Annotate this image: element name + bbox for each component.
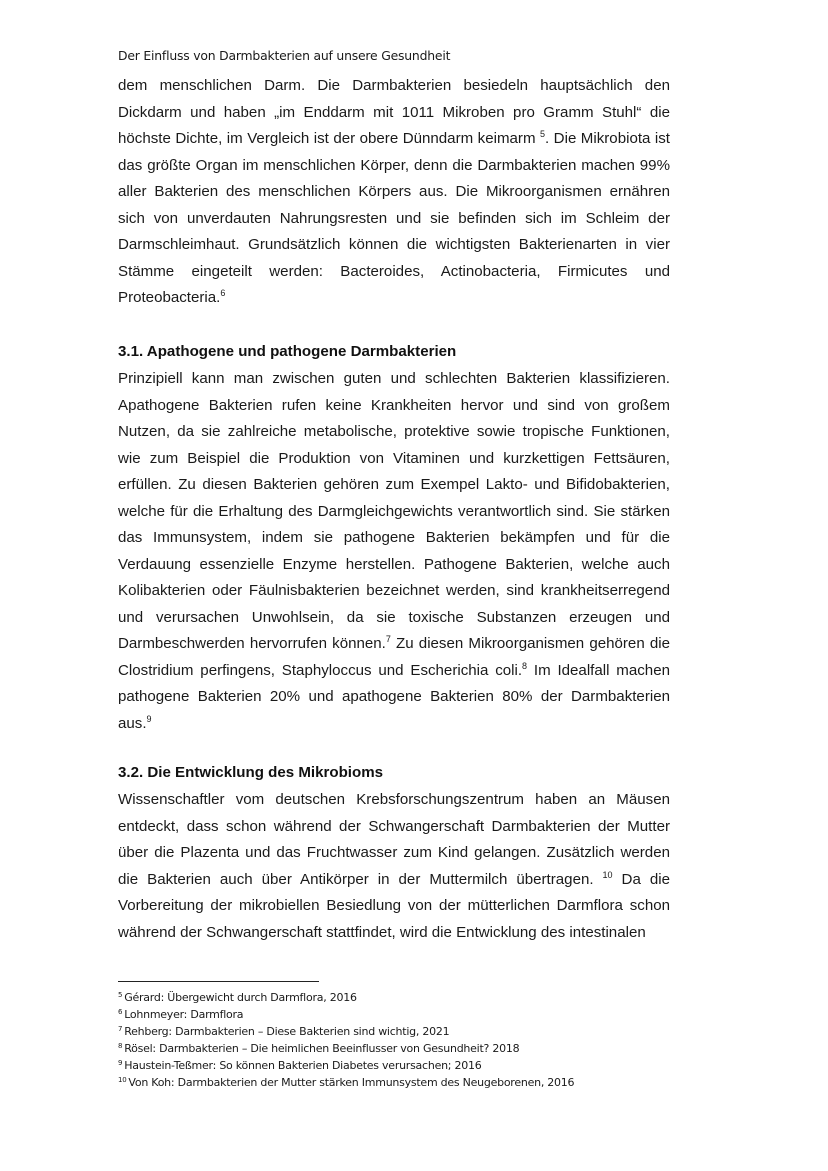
footnote-item: 9Haustein-Teßmer: So können Bakterien Di…: [118, 1057, 574, 1074]
intro-paragraph: dem menschlichen Darm. Die Darmbakterien…: [118, 73, 670, 312]
footnote-reference: 7: [386, 634, 391, 644]
running-header: Der Einfluss von Darmbakterien auf unser…: [118, 48, 450, 63]
footnote-list: 5Gérard: Übergewicht durch Darmflora, 20…: [118, 989, 574, 1091]
footnote-number: 5: [118, 991, 122, 999]
footnote-text: Haustein-Teßmer: So können Bakterien Dia…: [124, 1059, 481, 1072]
footnote-item: 6Lohnmeyer: Darmflora: [118, 1006, 574, 1023]
footnote-item: 7Rehberg: Darmbakterien – Diese Bakterie…: [118, 1023, 574, 1040]
footnote-item: 5Gérard: Übergewicht durch Darmflora, 20…: [118, 989, 574, 1006]
footnote-reference: 8: [522, 661, 527, 671]
footnote-reference: 5: [540, 129, 545, 139]
footnote-number: 8: [118, 1042, 122, 1050]
footnote-reference: 10: [603, 870, 613, 880]
footnote-reference: 9: [147, 714, 152, 724]
footnote-text: Rehberg: Darmbakterien – Diese Bakterien…: [124, 1025, 449, 1038]
section-heading-3-1: 3.1. Apathogene und pathogene Darmbakter…: [118, 339, 456, 366]
footnote-reference: 6: [220, 288, 225, 298]
document-page: Der Einfluss von Darmbakterien auf unser…: [0, 0, 828, 1171]
footnote-text: Von Koh: Darmbakterien der Mutter stärke…: [128, 1076, 574, 1089]
footnote-number: 7: [118, 1025, 122, 1033]
section-3-2-paragraph: Wissenschaftler vom deutschen Krebsforsc…: [118, 787, 670, 946]
footnote-text: Lohnmeyer: Darmflora: [124, 1008, 243, 1021]
footnote-number: 10: [118, 1076, 126, 1084]
footnote-number: 9: [118, 1059, 122, 1067]
footnote-text: Rösel: Darmbakterien – Die heimlichen Be…: [124, 1042, 519, 1055]
footnote-item: 8Rösel: Darmbakterien – Die heimlichen B…: [118, 1040, 574, 1057]
footnote-number: 6: [118, 1008, 122, 1016]
footnote-item: 10Von Koh: Darmbakterien der Mutter stär…: [118, 1074, 574, 1091]
section-heading-3-2: 3.2. Die Entwicklung des Mikrobioms: [118, 760, 383, 787]
section-3-1-paragraph: Prinzipiell kann man zwischen guten und …: [118, 366, 670, 737]
footnote-separator: [118, 981, 319, 982]
footnote-text: Gérard: Übergewicht durch Darmflora, 201…: [124, 991, 357, 1004]
